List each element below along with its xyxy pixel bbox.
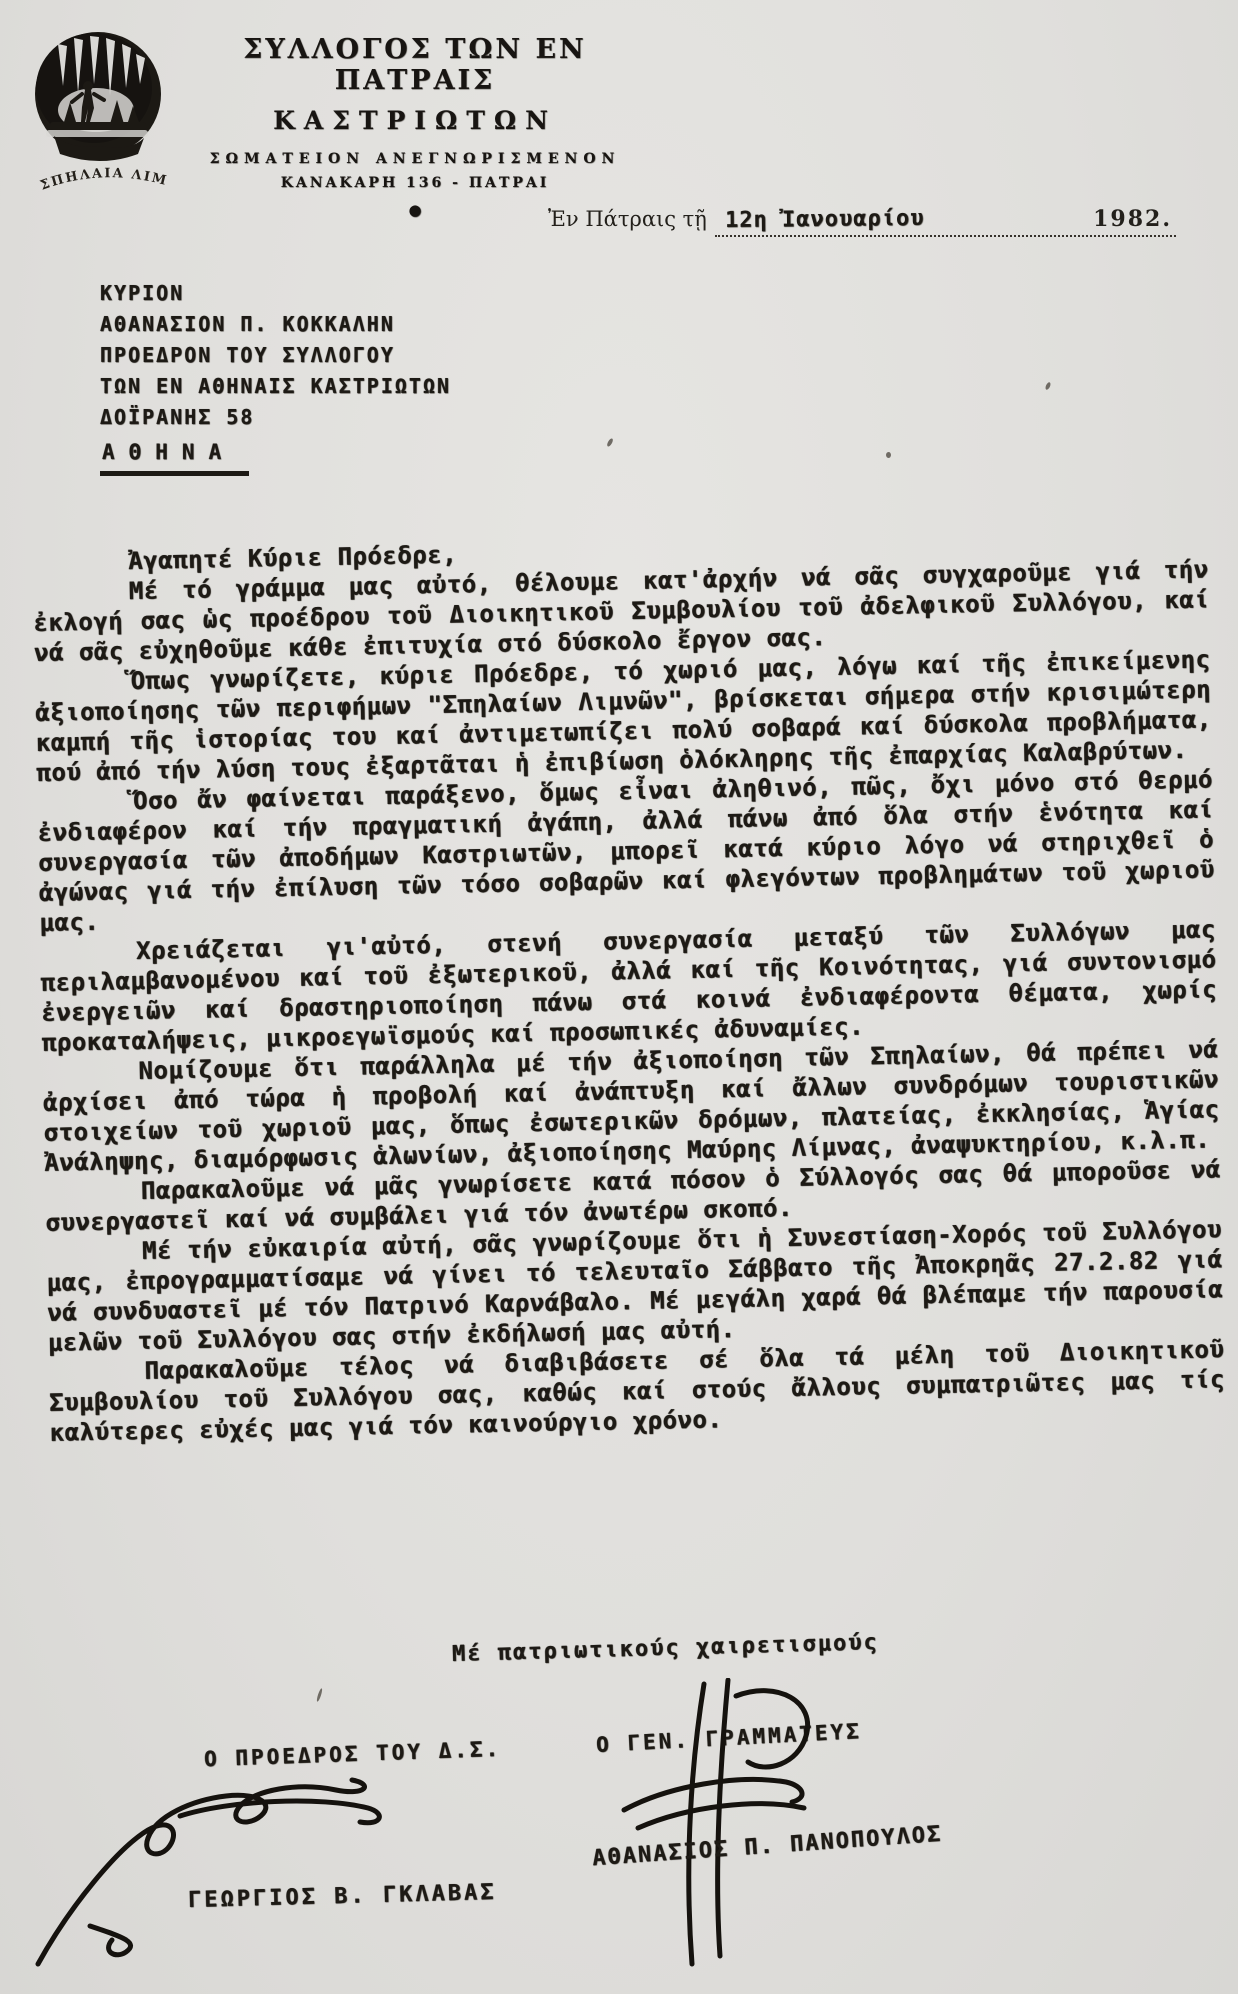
body-paragraph: Μέ τήν εὐκαιρία αὐτή, σᾶς γνωρίζουμε ὅτι… bbox=[46, 1214, 1224, 1358]
dateline-year: 1982. bbox=[1093, 206, 1172, 232]
recipient-block: ΚΥΡΙΟΝ ΑΘΑΝΑΣΙΟΝ Π. ΚΟΚΚΑΛΗΝ ΠΡΟΕΔΡΟΝ ΤΟ… bbox=[100, 278, 451, 476]
letterhead: ΣΥΛΛΟΓΟΣ ΤΩΝ ΕΝ ΠΑΤΡΑΙΣ ΚΑΣΤΡΙΩΤΩΝ ΣΩΜΑΤ… bbox=[165, 34, 665, 219]
recipient-line: ΔΟΪΡΑΝΗΣ 58 bbox=[100, 402, 451, 433]
recipient-line: ΑΘΑΝΑΣΙΟΝ Π. ΚΟΚΚΑΛΗΝ bbox=[100, 309, 451, 340]
president-signature-icon bbox=[30, 1756, 430, 1986]
dateline-fill: 12η Ἰανουαρίου 1982. bbox=[715, 206, 1176, 237]
closing-salute: Μέ πατριωτικούς χαιρετισμούς bbox=[452, 1630, 879, 1667]
recipient-line: ΠΡΟΕΔΡΟΝ ΤΟΥ ΣΥΛΛΟΓΟΥ bbox=[100, 340, 451, 371]
dateline-prefix: Ἐν Πάτραις τῇ bbox=[548, 207, 707, 231]
letter-body: Ἀγαπητέ Κύριε Πρόεδρε, Μέ τό γράμμα μας … bbox=[32, 524, 1226, 1447]
cave-emblem-drawing: ΣΠΗΛΑΙΑ ΛΙΜΝΩΝ bbox=[24, 18, 174, 203]
scan-speckle bbox=[886, 452, 891, 458]
org-name-line1: ΣΥΛΛΟΓΟΣ ΤΩΝ ΕΝ ΠΑΤΡΑΙΣ bbox=[165, 34, 665, 96]
org-name-line2: ΚΑΣΤΡΙΩΤΩΝ bbox=[165, 106, 665, 135]
secretary-signature-icon bbox=[608, 1678, 838, 1978]
body-paragraph: Νομίζουμε ὅτι παράλληλα μέ τήν ἀξιοποίησ… bbox=[42, 1034, 1220, 1178]
association-emblem-icon: ΣΠΗΛΑΙΑ ΛΙΜΝΩΝ bbox=[24, 18, 174, 203]
scanned-letter-page: ΣΠΗΛΑΙΑ ΛΙΜΝΩΝ ΣΥΛΛΟΓΟΣ ΤΩΝ ΕΝ ΠΑΤΡΑΙΣ Κ… bbox=[0, 0, 1238, 1994]
body-paragraph: Χρειάζεται γι'αὐτό, στενή συνεργασία μετ… bbox=[40, 914, 1218, 1058]
dateline-day-month: 12η Ἰανουαρίου bbox=[725, 206, 925, 233]
body-paragraph: Ὅπως γνωρίζετε, κύριε Πρόεδρε, τό χωριό … bbox=[34, 644, 1212, 788]
recipient-line: ΚΥΡΙΟΝ bbox=[100, 278, 451, 309]
scan-speckle bbox=[316, 1688, 323, 1702]
dateline: Ἐν Πάτραις τῇ 12η Ἰανουαρίου 1982. bbox=[548, 206, 1176, 237]
recipient-city: ΑΘΗΝΑ bbox=[100, 435, 249, 476]
scan-speckle bbox=[1044, 382, 1051, 391]
org-address-line: ΚΑΝΑΚΑΡΗ 136 - ΠΑΤΡΑΙ bbox=[165, 175, 665, 191]
org-status-line: ΣΩΜΑΤΕΙΟΝ ΑΝΕΓΝΩΡΙΣΜΕΝΟΝ bbox=[165, 151, 665, 167]
recipient-line: ΤΩΝ ΕΝ ΑΘΗΝΑΙΣ ΚΑΣΤΡΙΩΤΩΝ bbox=[100, 371, 451, 402]
body-paragraph: Ὅσο ἄν φαίνεται παράξενο, ὅμως εἶναι ἀλη… bbox=[37, 764, 1216, 938]
scan-speckle bbox=[606, 438, 614, 448]
